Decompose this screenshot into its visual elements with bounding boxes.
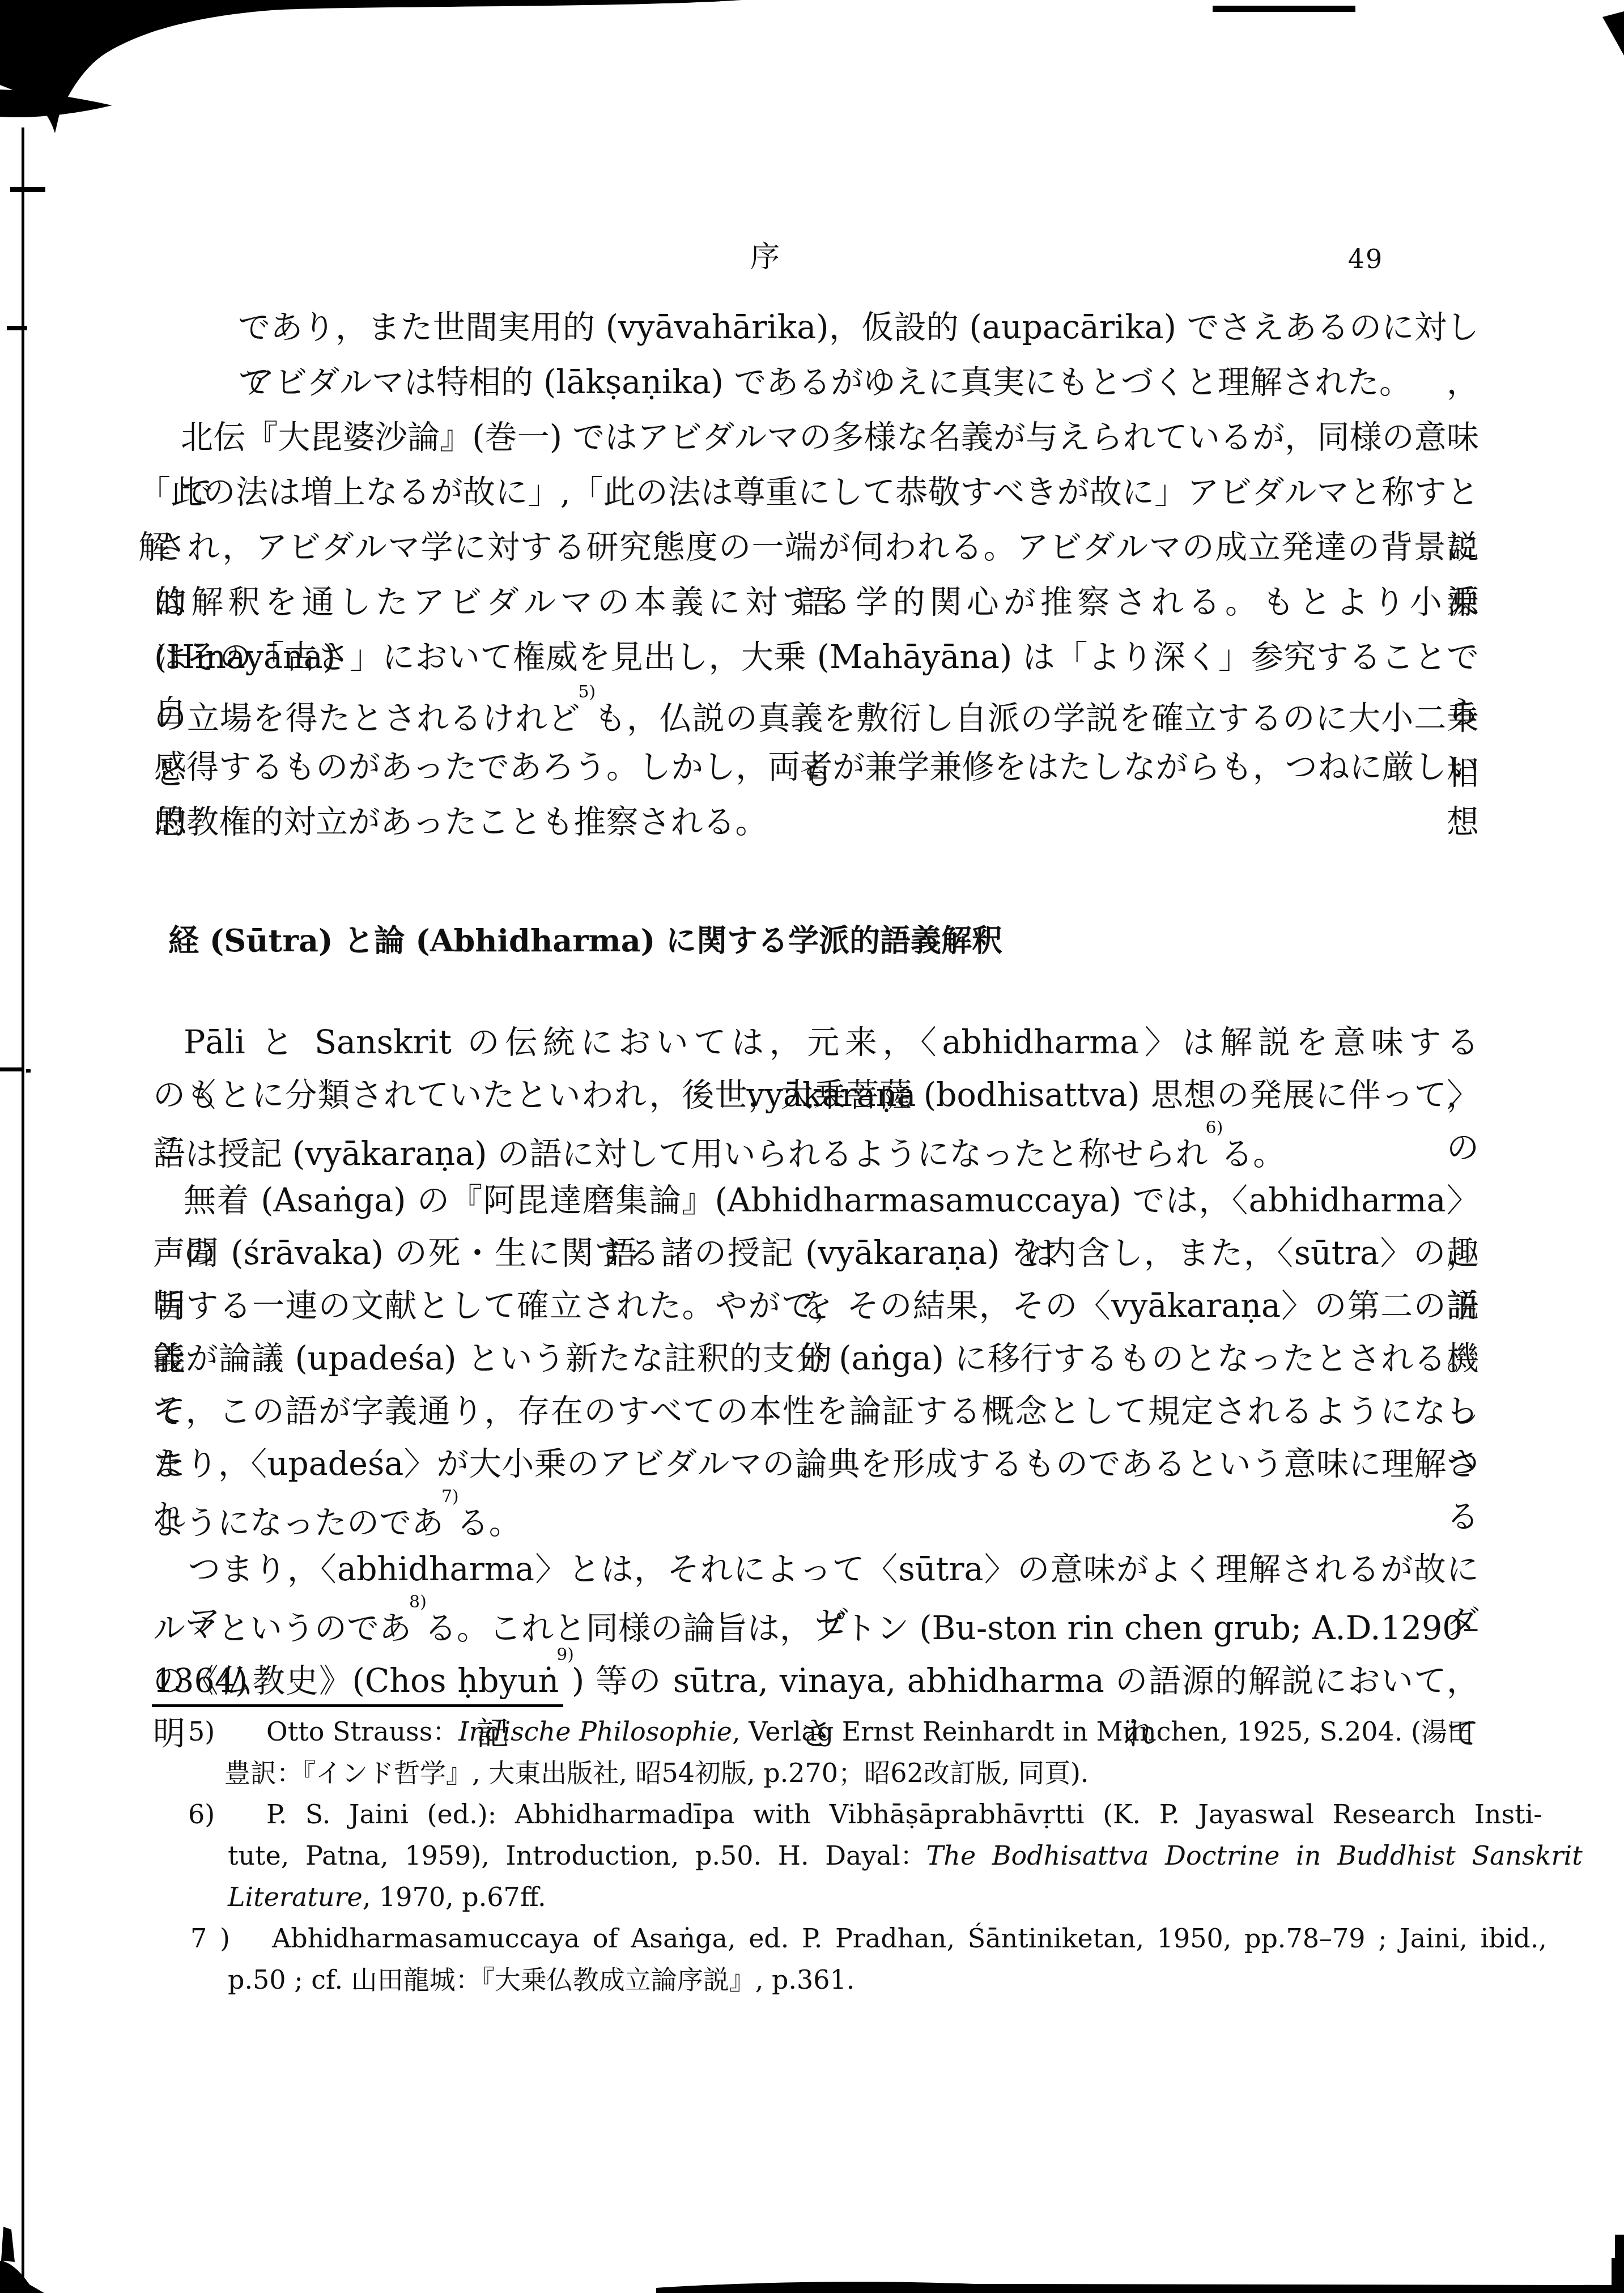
body-line-text: る。 xyxy=(1221,1135,1285,1173)
footnote-number: 5) xyxy=(188,1711,266,1752)
body-line: の《仏教史》(Chos ḥbyuṅ9)) 等の sūtra, vinaya, a… xyxy=(138,1649,1479,1701)
body-line-text: 語は授記 (vyākaraṇa) の語に対して用いられるようになったと称せられ xyxy=(153,1135,1208,1173)
body-line: ルマというのであ8)る。これと同様の論旨は，プトン (Bu-ston rin c… xyxy=(138,1596,1479,1649)
page-number: 49 xyxy=(1332,244,1400,274)
body-line: 北伝『大毘婆沙論』(巻一) ではアビダルマの多様な名義が与えられているが，同様の… xyxy=(138,410,1479,465)
footnote-separator-rule xyxy=(152,1704,563,1707)
page-header-title: 序 xyxy=(731,240,799,274)
scan-artifact-tick xyxy=(10,187,45,192)
body-line: であり，また世間実用的 (vyāvahārika)，仮設的 (aupacārik… xyxy=(138,300,1479,355)
body-line: て，この語が字義通り，存在のすべての本性を論証する概念として規定されるようになっ… xyxy=(138,1385,1479,1438)
footnote-italic-title: The Bodhisattva Doctrine in Buddhist San… xyxy=(926,1840,1583,1871)
footnote-text: Abhidharmasamuccaya of Asaṅga, ed. P. Pr… xyxy=(272,1923,1547,1954)
scan-artifact-tick xyxy=(7,326,27,330)
footnote-number: 6) xyxy=(188,1794,266,1835)
body-line-text: の《仏教史》(Chos ḥbyuṅ xyxy=(153,1662,559,1700)
body-line-text: の立場を得たとされるけれど xyxy=(154,700,580,737)
body-line: Pāli と Sanskrit の伝統においては，元来，〈abhidharma〉… xyxy=(138,1016,1479,1069)
body-line: のもとに分類されていたといわれ，後世，大乗菩薩 (bodhisattva) 思想… xyxy=(138,1069,1479,1122)
body-line: アビダルマは特相的 (lākṣaṇika) であるがゆえに真実にもとづくと理解さ… xyxy=(138,355,1479,410)
footnote-line: 5)Otto Strauss：Indische Philosophie, Ver… xyxy=(138,1711,1479,1752)
body-line-text: ようになったのであ xyxy=(153,1504,444,1542)
footnote-line: 7 )Abhidharmasamuccaya of Asaṅga, ed. P.… xyxy=(138,1918,1479,1959)
scan-artifact-tick xyxy=(0,1067,23,1071)
footnote-ref-8: 8) xyxy=(409,1592,427,1612)
body-line: まり，〈upadeśa〉が大小乗のアビダルマの論典を形成するものであるという意味… xyxy=(138,1438,1479,1491)
footnote-ref-9: 9) xyxy=(556,1645,574,1665)
footnote-line: 6)P. S. Jaini (ed.): Abhidharmadīpa with… xyxy=(138,1794,1479,1835)
body-line: 能が論議 (upadeśa) という新たな註釈的支分 (aṅga) に移行するも… xyxy=(138,1333,1479,1385)
footnote-italic-title: Indische Philosophie xyxy=(458,1716,732,1747)
footnote-text: p.50 ; cf. 山田龍城：『大乗仏教成立論序説』, p.361. xyxy=(228,1964,854,1995)
footnote-text: Otto Strauss： xyxy=(266,1716,458,1747)
body-line: 無着 (Asaṅga) の『阿毘達磨集論』(Abhidharmasamuccay… xyxy=(138,1175,1479,1227)
footnote-text: , 1970, p.67ff. xyxy=(363,1882,546,1912)
body-line: つまり，〈abhidharma〉とは，それによって〈sūtra〉の意味がよく理解… xyxy=(138,1543,1479,1596)
scan-artifact-left-line xyxy=(22,127,24,2293)
body-line: 明する一連の文献として確立された。やがて，その結果，その〈vyākaraṇa〉の… xyxy=(138,1280,1479,1333)
footnote-ref-6: 6) xyxy=(1206,1118,1223,1138)
footnote-text: P. S. Jaini (ed.): Abhidharmadīpa with V… xyxy=(266,1799,1542,1830)
section-heading: 経 (Sūtra) と論 (Abhidharma) に関する学派的語義解釈 xyxy=(138,913,1509,968)
body-line-text: る。 xyxy=(457,1504,521,1542)
scan-artifact-tick xyxy=(26,1069,31,1073)
footnote-line: Literature, 1970, p.67ff. xyxy=(138,1877,1479,1918)
body-line: の立場を得たとされるけれど5)も，仏説の真義を敷衍し自派の学説を確立するのに大小… xyxy=(138,685,1479,740)
body-line: され，アビダルマ学に対する研究態度の一端が伺われる。アビダルマの成立発達の背景に… xyxy=(138,520,1479,575)
body-block-2: Pāli と Sanskrit の伝統においては，元来，〈abhidharma〉… xyxy=(138,1016,1479,1701)
footnote-line: p.50 ; cf. 山田龍城：『大乗仏教成立論序説』, p.361. xyxy=(138,1959,1479,2001)
body-line: はその「古さ」において権威を見出し，大乗 (Mahāyāna) は「より深く」参… xyxy=(138,630,1479,685)
footnote-ref-5: 5) xyxy=(578,682,596,702)
body-line: 声聞 (śrāvaka) の死・生に関する諸の授記 (vyākaraṇa) を内… xyxy=(138,1227,1479,1280)
body-line: 感得するものがあったであろう。しかし，両者が兼学兼修をはたしながらも，つねに厳し… xyxy=(138,740,1479,795)
body-line: 語は授記 (vyākaraṇa) の語に対して用いられるようになったと称せられ6… xyxy=(138,1122,1479,1175)
footnote-italic-title: Literature xyxy=(228,1882,363,1912)
footnote-line: tute, Patna, 1959), Introduction, p.50. … xyxy=(138,1835,1479,1877)
body-block-1: であり，また世間実用的 (vyāvahārika)，仮設的 (aupacārik… xyxy=(138,300,1479,850)
body-line: 的解釈を通したアビダルマの本義に対する学的関心が推察される。もとより小乗 (Hī… xyxy=(138,575,1479,630)
body-line: 「此の法は増上なるが故に」,「此の法は尊重にして恭敬すべきが故に」アビダルマと称… xyxy=(138,465,1479,520)
scan-artifact-bottom xyxy=(0,2219,1624,2293)
scanned-page: 序 49 であり，また世間実用的 (vyāvahārika)，仮設的 (aupa… xyxy=(0,0,1624,2293)
footnote-text: , Verlag Ernst Reinhardt in München, 192… xyxy=(732,1716,1473,1747)
footnote-ref-7: 7) xyxy=(441,1487,459,1507)
body-line-text: ルマというのであ xyxy=(153,1610,411,1647)
footnote-text: tute, Patna, 1959), Introduction, p.50. … xyxy=(228,1840,926,1871)
footnote-text: 豊訳：『インド哲学』, 大東出版社, 昭54初版, p.270；昭62改訂版, … xyxy=(224,1758,1089,1788)
footnote-number: 7 ) xyxy=(190,1918,272,1959)
footnote-line: 豊訳：『インド哲学』, 大東出版社, 昭54初版, p.270；昭62改訂版, … xyxy=(138,1752,1479,1794)
scan-artifact-tick xyxy=(8,110,17,114)
footnotes-block: 5)Otto Strauss：Indische Philosophie, Ver… xyxy=(138,1711,1479,2001)
scan-artifact-top xyxy=(0,0,1624,147)
